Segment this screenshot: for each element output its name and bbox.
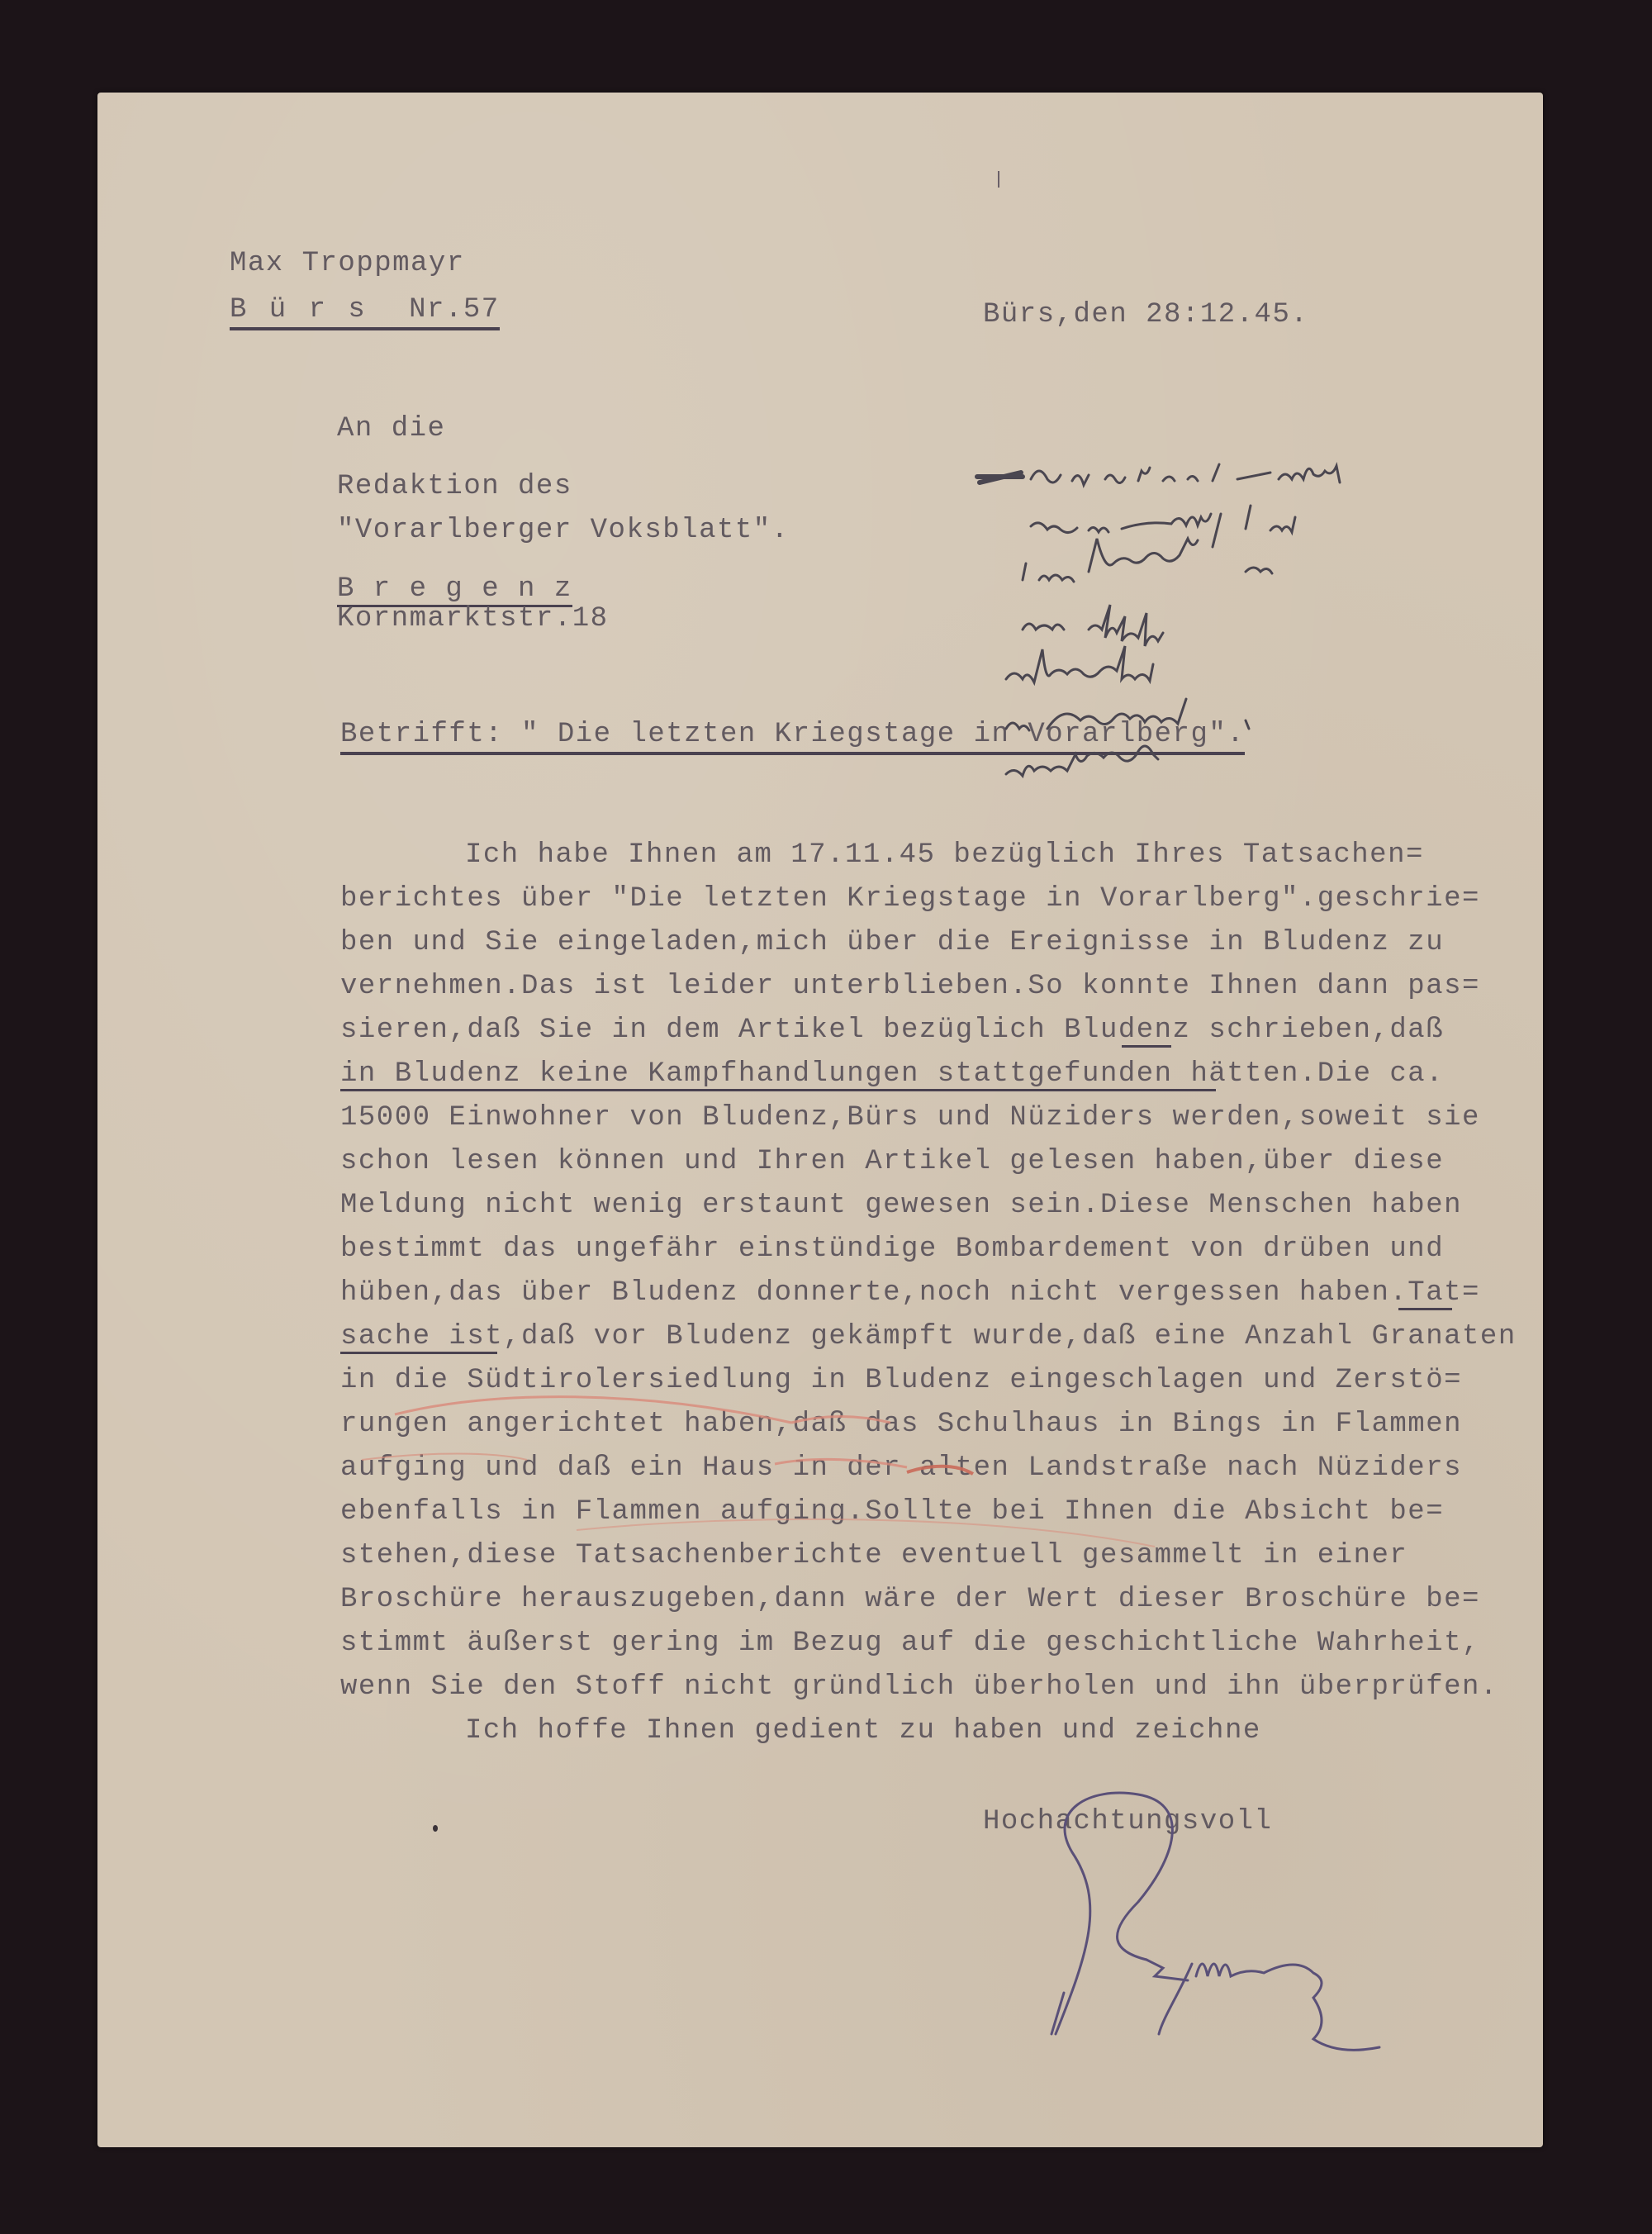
- handwritten-note: [handwritten shorthand annotation, illeg…: [973, 448, 1634, 811]
- body-line: hüben,das über Bludenz donnerte,noch nic…: [340, 1279, 1480, 1307]
- body-line: Meldung nicht wenig erstaunt gewesen sei…: [340, 1191, 1462, 1219]
- body-line: ben und Sie eingeladen,mich über die Ere…: [340, 929, 1444, 957]
- body-line: ebenfalls in Flammen aufging.Sollte bei …: [340, 1498, 1444, 1526]
- recipient-line-3: "Vorarlberger Voksblatt".: [337, 516, 790, 544]
- ink-speck: [433, 1825, 438, 1832]
- body-line: 15000 Einwohner von Bludenz,Bürs und Nüz…: [340, 1104, 1480, 1132]
- body-line: sieren,daß Sie in dem Artikel bezüglich …: [340, 1016, 1444, 1044]
- place-date: Bürs,den 28:12.45.: [983, 301, 1308, 329]
- pencil-mark: [998, 171, 999, 188]
- recipient-street: Kornmarktstr.18: [337, 605, 609, 633]
- sender-address: B ü r s Nr.57: [230, 296, 500, 330]
- body-line: in die Südtirolersiedlung in Bludenz ein…: [340, 1367, 1462, 1395]
- body-line: berichtes über "Die letzten Kriegstage i…: [340, 885, 1480, 913]
- body-line: vernehmen.Das ist leider unterblieben.So…: [340, 972, 1480, 1001]
- letter-page: Max Troppmayr B ü r s Nr.57 Bürs,den 28:…: [97, 93, 1543, 2147]
- signature: [handwritten signature]: [1039, 1786, 1551, 2084]
- body-line: in Bludenz keine Kampfhandlungen stattge…: [340, 1060, 1444, 1088]
- recipient-line-1: An die: [337, 415, 445, 443]
- body-line: rungen angerichtet haben,daß das Schulha…: [340, 1410, 1462, 1438]
- body-line: Broschüre herauszugeben,dann wäre der We…: [340, 1585, 1480, 1614]
- body-line: stehen,diese Tatsachenberichte eventuell…: [340, 1542, 1408, 1570]
- underline-mark: [1398, 1308, 1452, 1310]
- body-line: bestimmt das ungefähr einstündige Bombar…: [340, 1235, 1444, 1263]
- closing-line: Ich hoffe Ihnen gedient zu haben und zei…: [465, 1717, 1261, 1745]
- body-line: schon lesen können und Ihren Artikel gel…: [340, 1148, 1444, 1176]
- shorthand-scribble-icon: [973, 448, 1634, 811]
- underline-mark: [340, 1089, 1216, 1091]
- body-line: sache ist,daß vor Bludenz gekämpft wurde…: [340, 1323, 1517, 1351]
- body-line: Ich habe Ihnen am 17.11.45 bezüglich Ihr…: [465, 841, 1424, 869]
- body-line: stimmt äußerst gering im Bezug auf die g…: [340, 1629, 1480, 1657]
- recipient-line-2: Redaktion des: [337, 473, 572, 501]
- body-line: wenn Sie den Stoff nicht gründlich überh…: [340, 1673, 1498, 1701]
- sender-name: Max Troppmayr: [230, 250, 465, 278]
- underline-mark: [340, 1352, 497, 1354]
- underline-mark: [1122, 1045, 1171, 1048]
- signature-scribble-icon: [1039, 1786, 1551, 2084]
- body-line: aufging und daß ein Haus in der alten La…: [340, 1454, 1462, 1482]
